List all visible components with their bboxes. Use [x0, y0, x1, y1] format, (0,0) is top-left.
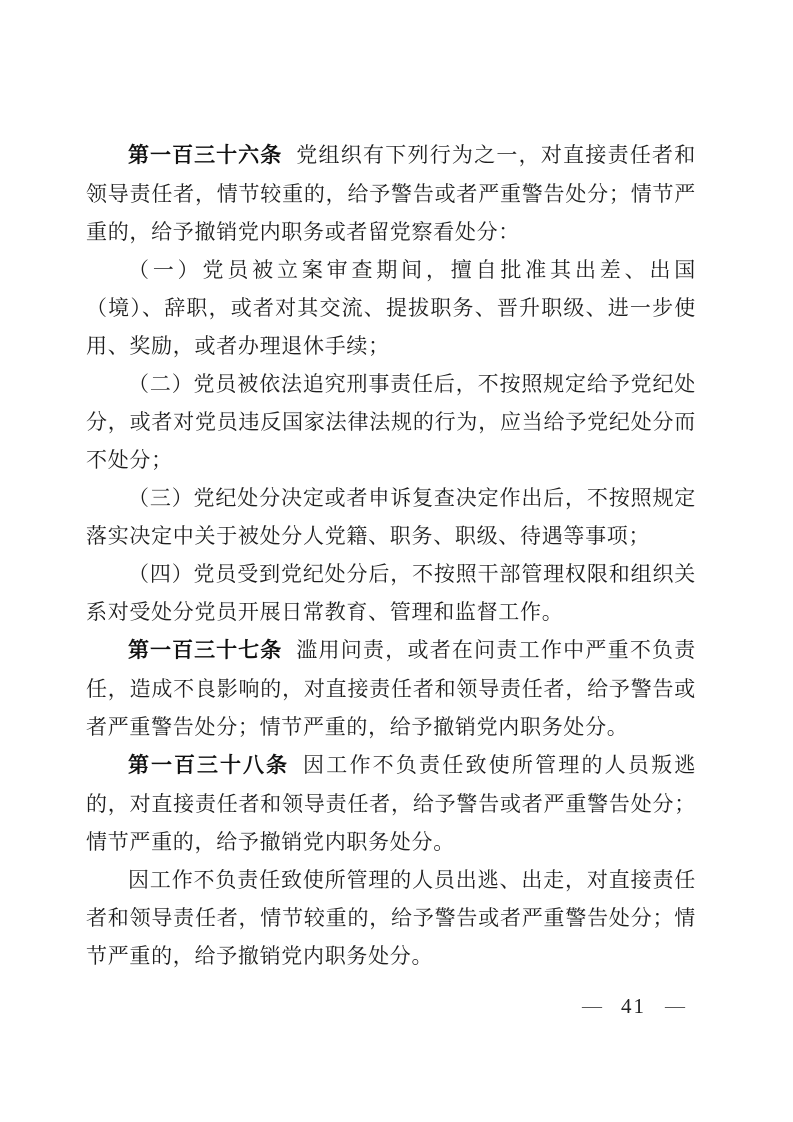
article-138-number: 第一百三十八条 — [128, 754, 289, 777]
item-4-text: （四）党员受到党纪处分后，不按照干部管理权限和组织关系对受处分党员开展日常教育、… — [86, 562, 696, 624]
paragraph-article-137: 第一百三十七条滥用问责，或者在问责工作中严重不负责任，造成不良影响的，对直接责任… — [86, 631, 696, 746]
document-page: 第一百三十六条党组织有下列行为之一，对直接责任者和领导责任者，情节较重的，给予警… — [0, 0, 793, 1122]
document-body: 第一百三十六条党组织有下列行为之一，对直接责任者和领导责任者，情节较重的，给予警… — [86, 136, 696, 975]
item-2-text: （二）党员被依法追究刑事责任后，不按照规定给予党纪处分，或者对党员违反国家法律法… — [86, 372, 696, 472]
article-138-cont-text: 因工作不负责任致使所管理的人员出逃、出走，对直接责任者和领导责任者，情节较重的，… — [86, 868, 696, 968]
item-3-text: （三）党纪处分决定或者申诉复查决定作出后，不按照规定落实决定中关于被处分人党籍、… — [86, 486, 696, 548]
paragraph-article-136: 第一百三十六条党组织有下列行为之一，对直接责任者和领导责任者，情节较重的，给予警… — [86, 136, 696, 251]
page-number-right-dash: — — [665, 992, 685, 1020]
paragraph-item-3: （三）党纪处分决定或者申诉复查决定作出后，不按照规定落实决定中关于被处分人党籍、… — [86, 479, 696, 555]
article-136-number: 第一百三十六条 — [128, 144, 282, 167]
article-137-number: 第一百三十七条 — [128, 639, 282, 662]
page-number-left-dash: — — [582, 992, 602, 1020]
paragraph-item-1: （一）党员被立案审查期间，擅自批准其出差、出国（境）、辞职，或者对其交流、提拔职… — [86, 251, 696, 365]
paragraph-item-4: （四）党员受到党纪处分后，不按照干部管理权限和组织关系对受处分党员开展日常教育、… — [86, 555, 696, 631]
paragraph-item-2: （二）党员被依法追究刑事责任后，不按照规定给予党纪处分，或者对党员违反国家法律法… — [86, 365, 696, 479]
paragraph-article-138-cont: 因工作不负责任致使所管理的人员出逃、出走，对直接责任者和领导责任者，情节较重的，… — [86, 861, 696, 975]
paragraph-article-138: 第一百三十八条因工作不负责任致使所管理的人员叛逃的，对直接责任者和领导责任者，给… — [86, 746, 696, 861]
page-number-footer: — 41 — — [582, 992, 685, 1020]
item-1-text: （一）党员被立案审查期间，擅自批准其出差、出国（境）、辞职，或者对其交流、提拔职… — [86, 258, 696, 358]
page-number: 41 — [621, 992, 646, 1020]
